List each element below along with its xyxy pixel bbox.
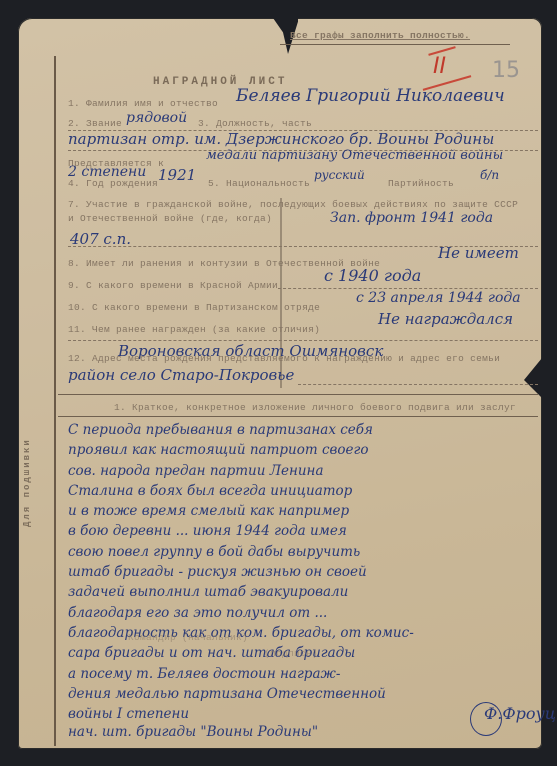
narrative-line: свою повел группу в бой дабы выручить	[68, 542, 538, 562]
field-11-value: Не награждался	[378, 310, 513, 328]
header-rule	[280, 44, 510, 45]
field-2-label: 2. Звание	[68, 118, 122, 129]
narrative-line: дения медалью партизана Отечественной	[68, 684, 538, 704]
commander-label: Командир (начальник)	[128, 632, 248, 643]
field-9-value: с 1940 года	[324, 266, 421, 285]
narrative-line: сов. народа предан партии Ленина	[68, 461, 538, 481]
binding-margin-line	[54, 56, 56, 746]
narrative-block: С периода пребывания в партизанах себяпр…	[68, 420, 538, 724]
header-instruction: Все графы заполнить полностью.	[290, 30, 470, 41]
pencil-page-number: 15	[492, 58, 520, 83]
field-4-value: 1921	[158, 166, 196, 184]
narrative-line: Сталина в боях был всегда инициатор	[68, 481, 538, 501]
binding-label: Для подшивки	[22, 428, 46, 538]
paper-tear-right	[524, 358, 542, 398]
field-10-label: 10. С какого времени в Партизанском отря…	[68, 302, 320, 313]
section-rule	[58, 394, 538, 395]
field-1-label: 1. Фамилия имя и отчество	[68, 98, 218, 109]
field-12-value-b: район село Старо-Покровье	[68, 366, 294, 384]
field-3-label: 3. Должность, часть	[198, 118, 312, 129]
dash-line	[298, 384, 538, 385]
signature: Ф.Фроуц	[484, 704, 556, 723]
field-6-value: б/п	[480, 168, 499, 182]
field-8-value: Не имеет	[438, 244, 519, 262]
narrative-line: задачей выполнил штаб эвакуировали	[68, 582, 538, 602]
field-5-label: 5. Национальность	[208, 178, 310, 189]
dash-line	[68, 340, 538, 341]
narrative-line: благодаря его за это получил от ...	[68, 603, 538, 623]
field-9-label: 9. С какого времени в Красной Армии	[68, 280, 278, 291]
signature-label: (подпись)	[264, 648, 318, 659]
field-1-value: Беляев Григорий Николаевич	[236, 86, 505, 106]
narrative-line: штаб бригады - рискуя жизнью он своей	[68, 562, 538, 582]
field-10-value: с 23 апреля 1944 года	[356, 290, 521, 306]
field-6-label: Партийность	[388, 178, 454, 189]
narrative-line: а посему т. Беляев достоин награж-	[68, 664, 538, 684]
red-mark: II	[433, 54, 446, 79]
section-rule	[58, 416, 538, 417]
field-12-value-a: Вороновская област Ошмяновск	[118, 342, 383, 360]
nominated-value: медали партизану Отечественной войны	[206, 148, 503, 163]
section-heading: 1. Краткое, конкретное изложение личного…	[114, 402, 516, 413]
field-7-value-a: Зап. фронт 1941 года	[330, 210, 493, 226]
award-sheet: Для подшивки Все графы заполнить полност…	[18, 18, 542, 749]
signatory-title: нач. шт. бригады "Воины Родины"	[68, 724, 318, 740]
field-5-value: русский	[314, 168, 365, 182]
narrative-line: проявил как настоящий патриот своего	[68, 440, 538, 460]
field-3-value: партизан отр. им. Дзержинского бр. Воины…	[68, 130, 494, 148]
field-11-label: 11. Чем ранее награжден (за какие отличи…	[68, 324, 320, 335]
narrative-line: и в тоже время смелый как например	[68, 501, 538, 521]
dash-line	[278, 288, 538, 289]
narrative-line: войны I степени	[68, 704, 538, 724]
field-4-label: 4. Год рождения	[68, 178, 158, 189]
field-2-value: рядовой	[126, 110, 187, 126]
narrative-line: в бою деревни ... июня 1944 года имея	[68, 521, 538, 541]
narrative-line: С периода пребывания в партизанах себя	[68, 420, 538, 440]
